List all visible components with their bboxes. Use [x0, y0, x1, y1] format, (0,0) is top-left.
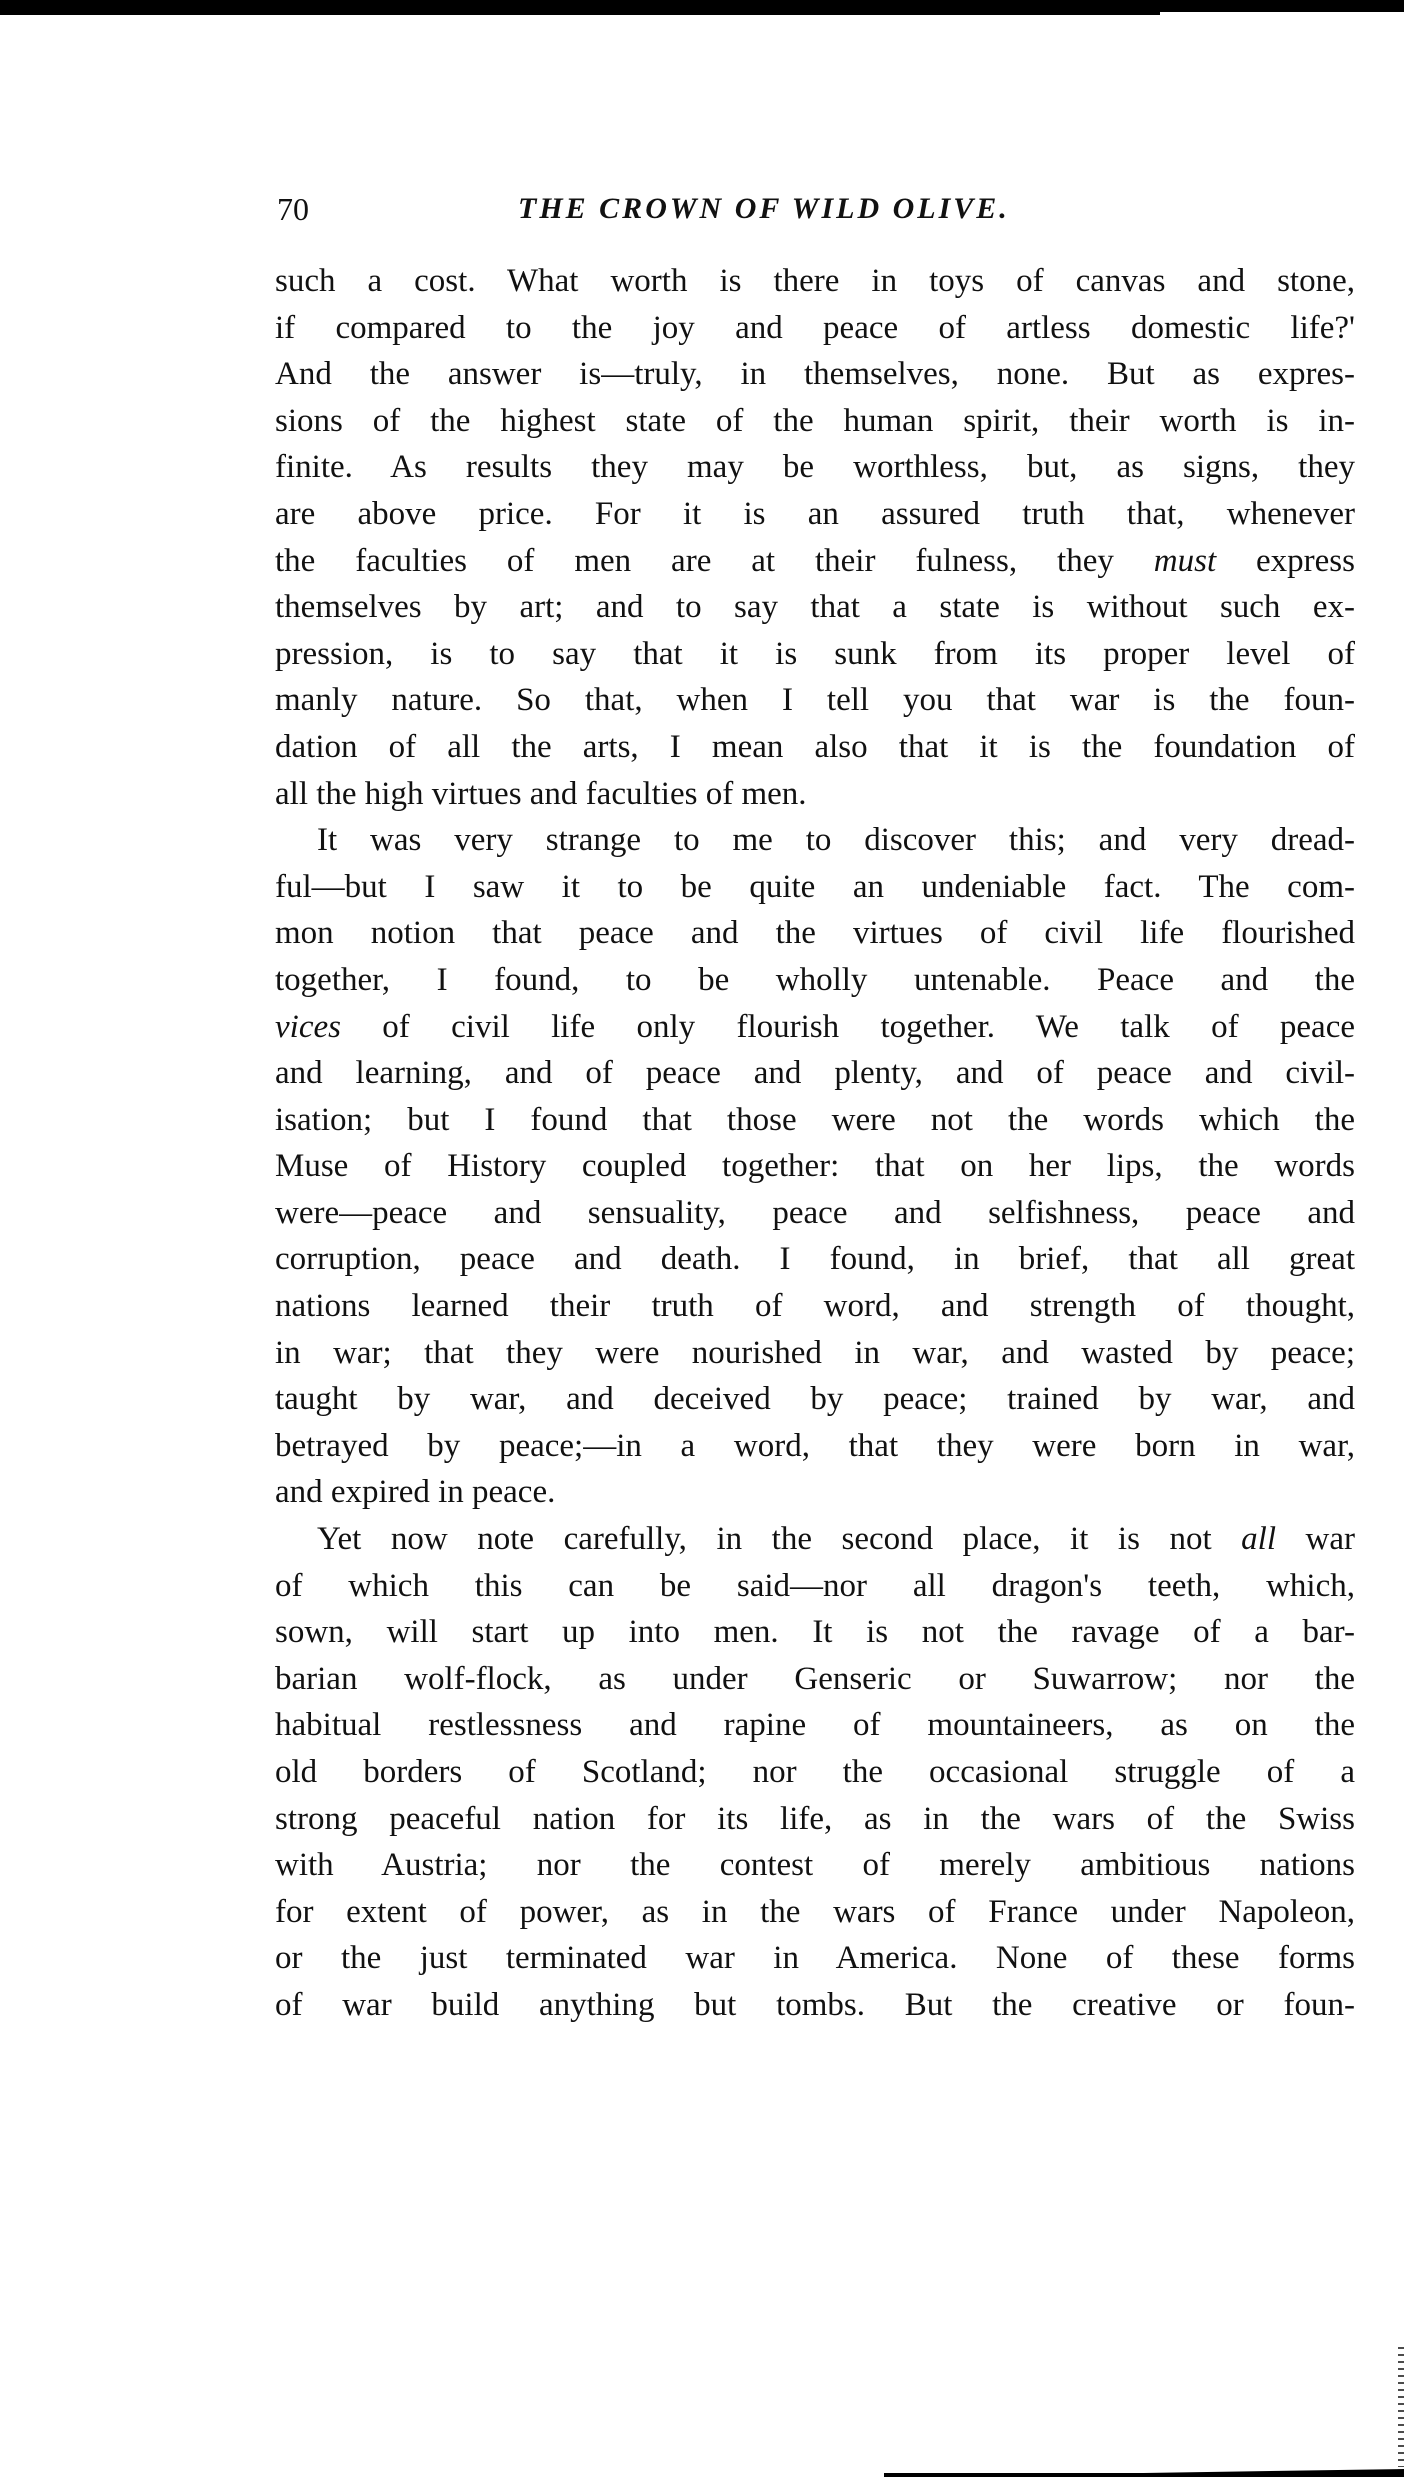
text-line: And the answer is—truly, in themselves, … — [275, 351, 1355, 398]
text-line: It was very strange to me to discover th… — [275, 817, 1355, 864]
text-line: pression, is to say that it is sunk from… — [275, 631, 1355, 678]
text-line: are above price. For it is an assured tr… — [275, 491, 1355, 538]
text-line: and learning, and of peace and plenty, a… — [275, 1050, 1355, 1097]
text-line: isation; but I found that those were not… — [275, 1097, 1355, 1144]
paragraph: such a cost. What worth is there in toys… — [275, 258, 1355, 817]
text-line: together, I found, to be wholly untenabl… — [275, 957, 1355, 1004]
text-line: strong peaceful nation for its life, as … — [275, 1796, 1355, 1843]
text-line: if compared to the joy and peace of artl… — [275, 305, 1355, 352]
text-line: ful—but I saw it to be quite an undeniab… — [275, 864, 1355, 911]
text-line: betrayed by peace;—in a word, that they … — [275, 1423, 1355, 1470]
text-line: sown, will start up into men. It is not … — [275, 1609, 1355, 1656]
text-line: finite. As results they may be worthless… — [275, 444, 1355, 491]
text-line: or the just terminated war in America. N… — [275, 1935, 1355, 1982]
text-line: in war; that they were nourished in war,… — [275, 1330, 1355, 1377]
scan-bottom-border-solid — [884, 2473, 1404, 2477]
text-line: nations learned their truth of word, and… — [275, 1283, 1355, 1330]
text-line: such a cost. What worth is there in toys… — [275, 258, 1355, 305]
book-title: THE CROWN OF WILD OLIVE. — [518, 186, 1010, 232]
text-line: with Austria; nor the contest of merely … — [275, 1842, 1355, 1889]
text-line: old borders of Scotland; nor the occasio… — [275, 1749, 1355, 1796]
text-line: corruption, peace and death. I found, in… — [275, 1236, 1355, 1283]
text-line: themselves by art; and to say that a sta… — [275, 584, 1355, 631]
text-line: vices of civil life only flourish togeth… — [275, 1004, 1355, 1051]
body-text: such a cost. What worth is there in toys… — [275, 258, 1355, 2029]
text-line: the faculties of men are at their fulnes… — [275, 538, 1355, 585]
text-line: Muse of History coupled together: that o… — [275, 1143, 1355, 1190]
text-line: all the high virtues and faculties of me… — [275, 771, 1355, 818]
text-line: Yet now note carefully, in the second pl… — [275, 1516, 1355, 1563]
text-line: of which this can be said—nor all dragon… — [275, 1563, 1355, 1610]
emphasis: must — [1154, 543, 1216, 579]
emphasis: all — [1241, 1521, 1276, 1557]
text-line: and expired in peace. — [275, 1469, 1355, 1516]
scan-edge-noise — [1398, 2347, 1404, 2467]
text-line: mon notion that peace and the virtues of… — [275, 910, 1355, 957]
text-line: for extent of power, as in the wars of F… — [275, 1889, 1355, 1936]
text-line: barian wolf-flock, as under Genseric or … — [275, 1656, 1355, 1703]
text-line: habitual restlessness and rapine of moun… — [275, 1702, 1355, 1749]
text-line: manly nature. So that, when I tell you t… — [275, 677, 1355, 724]
paragraph: Yet now note carefully, in the second pl… — [275, 1516, 1355, 2029]
text-line: were—peace and sensuality, peace and sel… — [275, 1190, 1355, 1237]
text-line: of war build anything but tombs. But the… — [275, 1982, 1355, 2029]
book-page: 70 THE CROWN OF WILD OLIVE. such a cost.… — [275, 186, 1355, 2029]
text-line: sions of the highest state of the human … — [275, 398, 1355, 445]
paragraph: It was very strange to me to discover th… — [275, 817, 1355, 1516]
text-line: taught by war, and deceived by peace; tr… — [275, 1376, 1355, 1423]
scan-top-border — [0, 0, 1404, 12]
emphasis: vices — [275, 1009, 341, 1045]
page-number: 70 — [277, 186, 309, 232]
text-line: dation of all the arts, I mean also that… — [275, 724, 1355, 771]
running-head: 70 THE CROWN OF WILD OLIVE. — [275, 186, 1355, 232]
